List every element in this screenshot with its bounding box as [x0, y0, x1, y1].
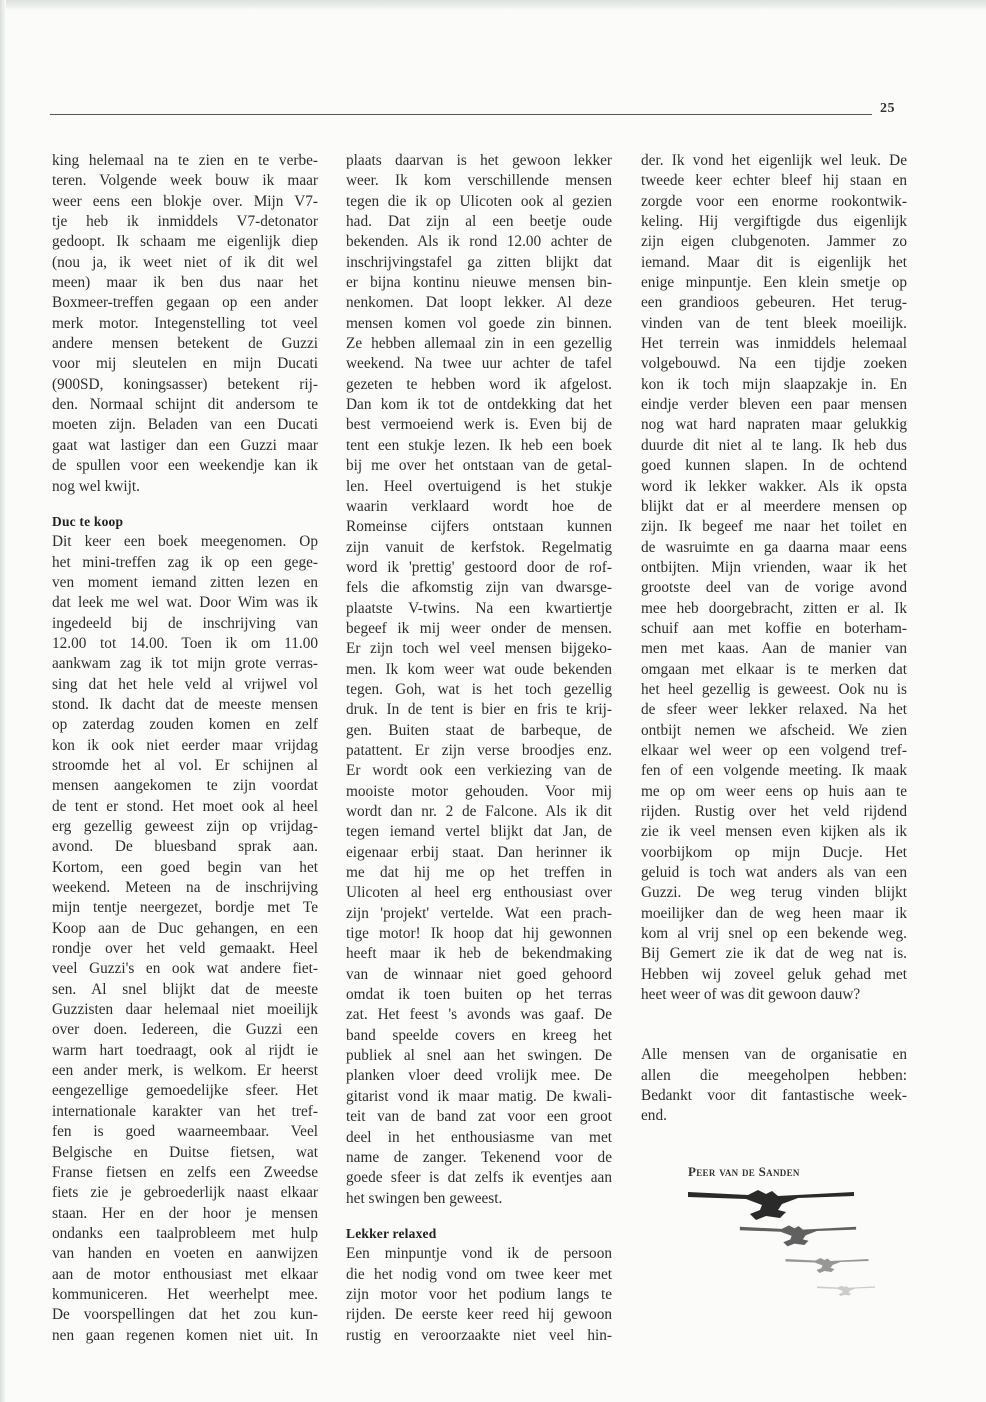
text-line: teren. Volgende week bouw ik maar	[52, 171, 318, 191]
text-line: Alle mensen van de organisatie en	[641, 1045, 907, 1065]
paragraph: king helemaal na te zien en te verbe-ter…	[52, 151, 318, 497]
text-line: waarin verklaard wordt hoe de	[346, 497, 612, 517]
text-line: zijn. Ik begeef me naar het toilet en	[641, 517, 907, 537]
text-line: merk motor. Integenstelling tot veel	[52, 314, 318, 334]
paragraph: der. Ik vond het eigenlijk wel leuk. Det…	[641, 151, 907, 1005]
text-line: de tent er stond. Het moet ook al heel	[52, 797, 318, 817]
text-line: word ik 'prettig' gestoord door de rof-	[346, 558, 612, 578]
text-line: Ze hebben allemaal zin in een gezellig	[346, 334, 612, 354]
text-line: van de winnaar niet goed gehoord	[346, 965, 612, 985]
text-line: Ulicoten al heel erg enthousiast over	[346, 883, 612, 903]
text-line: weekend. Na twee uur achter de tafel	[346, 354, 612, 374]
text-line: duurde dit niet al te lang. Ik heb dus	[641, 436, 907, 456]
text-line: aan de motor enthousiast met elkaar	[52, 1265, 318, 1285]
text-line: Romeinse cijfers ontstaan kunnen	[346, 517, 612, 537]
text-line: (900SD, koningsasser) betekent rij-	[52, 375, 318, 395]
text-line: den. Normaal schijnt dit andersom te	[52, 395, 318, 415]
text-line: internationale karakter van het tref-	[52, 1102, 318, 1122]
text-line: inschrijvingstafel ga zitten blijkt dat	[346, 253, 612, 273]
text-line: moeten zijn. Beladen van een Ducati	[52, 415, 318, 435]
text-line: tegen die ik op Ulicoten ook al gezien	[346, 192, 612, 212]
text-line: gaat wat lastiger dan een Guzzi maar	[52, 436, 318, 456]
text-line: gen. Buiten staat de barbeque, de	[346, 721, 612, 741]
text-line: begeef ik mij weer onder de mensen.	[346, 619, 612, 639]
text-line: mijn tentje neergezet, bordje met Te	[52, 898, 318, 918]
paragraph: plaats daarvan is het gewoon lekkerweer.…	[346, 151, 612, 1209]
text-line: keling. Hij vergiftigde dus eigenlijk	[641, 212, 907, 232]
text-line: iemand. Maar dit is eigenlijk het	[641, 253, 907, 273]
text-line: plaatste V-twins. Na een kwartiertje	[346, 599, 612, 619]
text-line: vinden van de tent bleek moeilijk.	[641, 314, 907, 334]
text-line: nog wel kwijt.	[52, 477, 318, 497]
text-line: warm hart toedraagt, ook al rijdt ie	[52, 1041, 318, 1061]
text-line: ingedeeld bij de inschrijving van	[52, 614, 318, 634]
text-line: weer. Ik kom verschillende mensen	[346, 171, 612, 191]
text-line: Franse fietsen en zelfs een Zweedse	[52, 1163, 318, 1183]
article-column-1: king helemaal na te zien en te verbe-ter…	[52, 151, 318, 1346]
text-line: me dat hij me op het treffen in	[346, 863, 612, 883]
text-line: ven moment iemand zitten lezen en	[52, 573, 318, 593]
text-line: (nou ja, ik weet niet of ik dit wel	[52, 253, 318, 273]
text-line: sen. Al snel blijkt dat de meeste	[52, 980, 318, 1000]
text-line: Er zijn toch wel veel mensen bijgeko-	[346, 639, 612, 659]
text-line: zie ik veel mensen even kijken als ik	[641, 822, 907, 842]
scan-edge-left	[0, 0, 6, 1402]
text-line: Dit keer een boek meegenomen. Op	[52, 532, 318, 552]
text-line: Guzzi. De weg terug vinden blijkt	[641, 883, 907, 903]
text-line: de wasruimte en ga daarna maar eens	[641, 538, 907, 558]
text-line: Er wordt ook een verkiezing van de	[346, 761, 612, 781]
text-line: der. Ik vond het eigenlijk wel leuk. De	[641, 151, 907, 171]
text-line: een grandioos gebeuren. Het terug-	[641, 293, 907, 313]
text-line: allen die meegeholpen hebben:	[641, 1066, 907, 1086]
text-line: staan. Her en der hoor je mensen	[52, 1204, 318, 1224]
text-line: heet weer of was dit gewoon dauw?	[641, 985, 907, 1005]
moto-guzzi-eagle-icon	[686, 1188, 856, 1228]
text-line: tegen. Goh, wat is het toch gezellig	[346, 680, 612, 700]
text-line: een ander merk, is welkom. Er heerst	[52, 1061, 318, 1081]
text-line: men met kaas. Aan de manier van	[641, 639, 907, 659]
text-line: planken vloer deed vrolijk mee. De	[346, 1066, 612, 1086]
paragraph-gap	[641, 1005, 907, 1045]
scan-edge-top	[0, 0, 986, 10]
paragraph: Alle mensen van de organisatie enallen d…	[641, 1045, 907, 1126]
text-line: publiek al snel aan het swingen. De	[346, 1046, 612, 1066]
text-line: mee heb doorgebracht, zitten er al. Ik	[641, 599, 907, 619]
text-line: eigenaar erbij staat. Dan herinner ik	[346, 843, 612, 863]
text-line: king helemaal na te zien en te verbe-	[52, 151, 318, 171]
moto-guzzi-eagle-icon	[738, 1224, 858, 1252]
text-line: plaats daarvan is het gewoon lekker	[346, 151, 612, 171]
text-line: geluid is toch wat anders als van een	[641, 863, 907, 883]
text-line: zijn 'projekt' vertelde. Wat een prach-	[346, 904, 612, 924]
text-line: goede sfeer is dat zelfs ik eventjes aan	[346, 1168, 612, 1188]
text-line: weekend. Meteen na de inschrijving	[52, 878, 318, 898]
text-line: omdat ik toen buiten op het terras	[346, 985, 612, 1005]
text-line: nen gaan regenen komen niet uit. In	[52, 1326, 318, 1346]
text-line: de spullen voor een weekendje kan ik	[52, 456, 318, 476]
text-line: weer eens een blokje over. Mijn V7-	[52, 192, 318, 212]
text-line: mensen aangekomen te zijn voordat	[52, 776, 318, 796]
text-line: fen is goed waarneembaar. Veel	[52, 1122, 318, 1142]
text-line: tent een stukje lezen. Ik heb een boek	[346, 436, 612, 456]
text-line: bij me over het ontstaan van de getal-	[346, 456, 612, 476]
text-line: fen of een volgende meeting. Ik maak	[641, 761, 907, 781]
text-line: fels die afkomstig zijn van dwarsge-	[346, 578, 612, 598]
text-line: zijn motor voor het podium langs te	[346, 1285, 612, 1305]
text-line: moeilijker dan de weg heen maar ik	[641, 904, 907, 924]
text-line: eengezellige gemoedelijke sfeer. Het	[52, 1081, 318, 1101]
text-line: veel Guzzi's en ook wat andere fiet-	[52, 959, 318, 979]
text-line: op zaterdag zouden komen en zelf	[52, 715, 318, 735]
text-line: end.	[641, 1106, 907, 1126]
text-line: grootste deel van de vorige avond	[641, 578, 907, 598]
text-line: blijkt dat er al meerdere mensen op	[641, 497, 907, 517]
text-line: avond. De bluesband sprak aan.	[52, 837, 318, 857]
text-line: omgaan met elkaar is te merken dat	[641, 660, 907, 680]
text-line: kon ik ook niet eerder maar vrijdag	[52, 736, 318, 756]
section-heading: Duc te koop	[52, 512, 318, 532]
text-line: Bij Gemert zie ik dat de weg nat is.	[641, 944, 907, 964]
text-line: stond. Ik dacht dat de meeste mensen	[52, 695, 318, 715]
text-line: de sfeer weer lekker relaxed. Na het	[641, 700, 907, 720]
text-line: band speelde covers en kreeg het	[346, 1026, 612, 1046]
paragraph: Een minpuntje vond ik de persoondie het …	[346, 1244, 612, 1346]
text-line: rijden. De eerste keer reed hij gewoon	[346, 1305, 612, 1325]
text-line: ontbijten. Mijn vrienden, waar ik het	[641, 558, 907, 578]
text-line: Belgische en Duitse fietsen, wat	[52, 1143, 318, 1163]
text-line: Hebben wij zoveel geluk gehad met	[641, 965, 907, 985]
text-line: zat. Het feest 's avonds was gaaf. De	[346, 1005, 612, 1025]
text-line: tegen iemand vertel blijkt dat Jan, de	[346, 822, 612, 842]
text-line: Dan kom ik tot de ontdekking dat het	[346, 395, 612, 415]
text-line: wordt dan nr. 2 de Falcone. Als ik dit	[346, 802, 612, 822]
text-line: van handen en voeten en aanwijzen	[52, 1244, 318, 1264]
text-line: Koop aan de Duc gehangen, en een	[52, 919, 318, 939]
text-line: Het terrein was inmiddels helemaal	[641, 334, 907, 354]
text-line: 12.00 tot 14.00. Toen ik om 11.00	[52, 634, 318, 654]
text-line: rustig en veroorzaakte niet veel hin-	[346, 1326, 612, 1346]
text-line: dat leek me wel wat. Door Wim was ik	[52, 593, 318, 613]
text-line: elkaar wel weer op een volgend tref-	[641, 741, 907, 761]
text-line: name de zanger. Tekenend voor de	[346, 1148, 612, 1168]
moto-guzzi-eagle-icon	[784, 1257, 870, 1277]
text-line: tje heb ik inmiddels V7-detonator	[52, 212, 318, 232]
article-column-3: der. Ik vond het eigenlijk wel leuk. Det…	[641, 151, 907, 1127]
text-line: Een minpuntje vond ik de persoon	[346, 1244, 612, 1264]
text-line: kom al vrij snel op een bekende weg.	[641, 924, 907, 944]
text-line: teit van de band zat voor een groot	[346, 1107, 612, 1127]
text-line: men. Ik kom weer wat oude bekenden	[346, 660, 612, 680]
text-line: zijn vanuit de kerfstok. Regelmatig	[346, 538, 612, 558]
text-line: deel in het enthousiasme van met	[346, 1128, 612, 1148]
text-line: aankwam zag ik tot mijn grote verras-	[52, 654, 318, 674]
text-line: ondanks een taalprobleem met hulp	[52, 1224, 318, 1244]
page-number: 25	[880, 101, 895, 117]
text-line: rondje over het veld gemaakt. Heel	[52, 939, 318, 959]
text-line: enige minpuntje. Een klein smetje op	[641, 273, 907, 293]
text-line: zorgde voor een enorme rookontwik-	[641, 192, 907, 212]
text-line: had. Dat zijn al een beetje oude	[346, 212, 612, 232]
text-line: Guzzisten daar helemaal niet moeilijk	[52, 1000, 318, 1020]
text-line: De voorspellingen dat het zou kun-	[52, 1305, 318, 1325]
text-line: druk. In de tent is bier en fris te krij…	[346, 700, 612, 720]
section-heading: Lekker relaxed	[346, 1224, 612, 1244]
text-line: rijden. Rustig over het veld rijdend	[641, 802, 907, 822]
text-line: Bedankt voor dit fantastische week-	[641, 1086, 907, 1106]
text-line: over doen. Iedereen, die Guzzi een	[52, 1020, 318, 1040]
text-line: er bijna kontinu nieuwe mensen bin-	[346, 273, 612, 293]
text-line: eindje verder bleven een paar mensen	[641, 395, 907, 415]
text-line: tige motor! Ik hoop dat hij gewonnen	[346, 924, 612, 944]
text-line: goed kunnen slapen. In de ochtend	[641, 456, 907, 476]
text-line: nenkomen. Dat loopt lekker. Al deze	[346, 293, 612, 313]
text-line: ontbijt nemen we afscheid. We zien	[641, 721, 907, 741]
text-line: gitarist vond ik maar matig. De kwali-	[346, 1087, 612, 1107]
text-line: kon ik toch mijn slaapzakje in. En	[641, 375, 907, 395]
text-line: voorbijkom op mijn Ducje. Het	[641, 843, 907, 863]
text-line: die het nodig vond om twee keer met	[346, 1265, 612, 1285]
paragraph: Dit keer een boek meegenomen. Ophet mini…	[52, 532, 318, 1346]
header-rule	[50, 114, 872, 115]
text-line: erg gezellig geweest zijn op vrijdag-	[52, 817, 318, 837]
text-line: zijn eigen clubgenoten. Jammer zo	[641, 232, 907, 252]
text-line: gezeten te hebben word ik afgelost.	[346, 375, 612, 395]
text-line: meen) maar ik ben dus naar het	[52, 273, 318, 293]
text-line: me op om weer eens op huis aan te	[641, 782, 907, 802]
article-column-2: plaats daarvan is het gewoon lekkerweer.…	[346, 151, 612, 1346]
text-line: andere mensen betekent de Guzzi	[52, 334, 318, 354]
text-line: Kortom, een goed begin van het	[52, 858, 318, 878]
text-line: patattent. Er zijn verse broodjes enz.	[346, 741, 612, 761]
text-line: het heel gezellig is geweest. Ook nu is	[641, 680, 907, 700]
text-line: bekenden. Als ik rond 12.00 achter de	[346, 232, 612, 252]
text-line: schuif aan met koffie en boterham-	[641, 619, 907, 639]
text-line: het swingen ben geweest.	[346, 1189, 612, 1209]
text-line: mooiste motor gehouden. Voor mij	[346, 782, 612, 802]
text-line: tweede keer echter bleef hij staan en	[641, 171, 907, 191]
text-line: sing dat het hele veld al vrijwel vol	[52, 675, 318, 695]
text-line: nog wat hard napraten maar gelukkig	[641, 415, 907, 435]
text-line: mensen komen vol goede zin binnen.	[346, 314, 612, 334]
text-line: kommuniceren. Het weerhelpt mee.	[52, 1285, 318, 1305]
text-line: voor mij sleutelen en mijn Ducati	[52, 354, 318, 374]
text-line: fiets zie je gebroederlijk naast elkaar	[52, 1183, 318, 1203]
author-byline: Peer van de Sanden	[688, 1164, 800, 1180]
text-line: het mini-treffen zag ik op een gege-	[52, 553, 318, 573]
text-line: best vermoeiend werk is. Even bij de	[346, 415, 612, 435]
text-line: volgebouwd. Na een tijdje zoeken	[641, 354, 907, 374]
moto-guzzi-eagle-icon	[816, 1285, 876, 1299]
text-line: Boxmeer-treffen gegaan op een ander	[52, 293, 318, 313]
text-line: heeft maar ik heb de bekendmaking	[346, 944, 612, 964]
text-line: stroomde het al vol. Er schijnen al	[52, 756, 318, 776]
text-line: word ik lekker wakker. Als ik opsta	[641, 477, 907, 497]
text-line: gedoopt. Ik schaam me eigenlijk diep	[52, 232, 318, 252]
text-line: len. Heel overtuigend is het stukje	[346, 477, 612, 497]
author-name: Peer van de Sanden	[688, 1164, 800, 1179]
